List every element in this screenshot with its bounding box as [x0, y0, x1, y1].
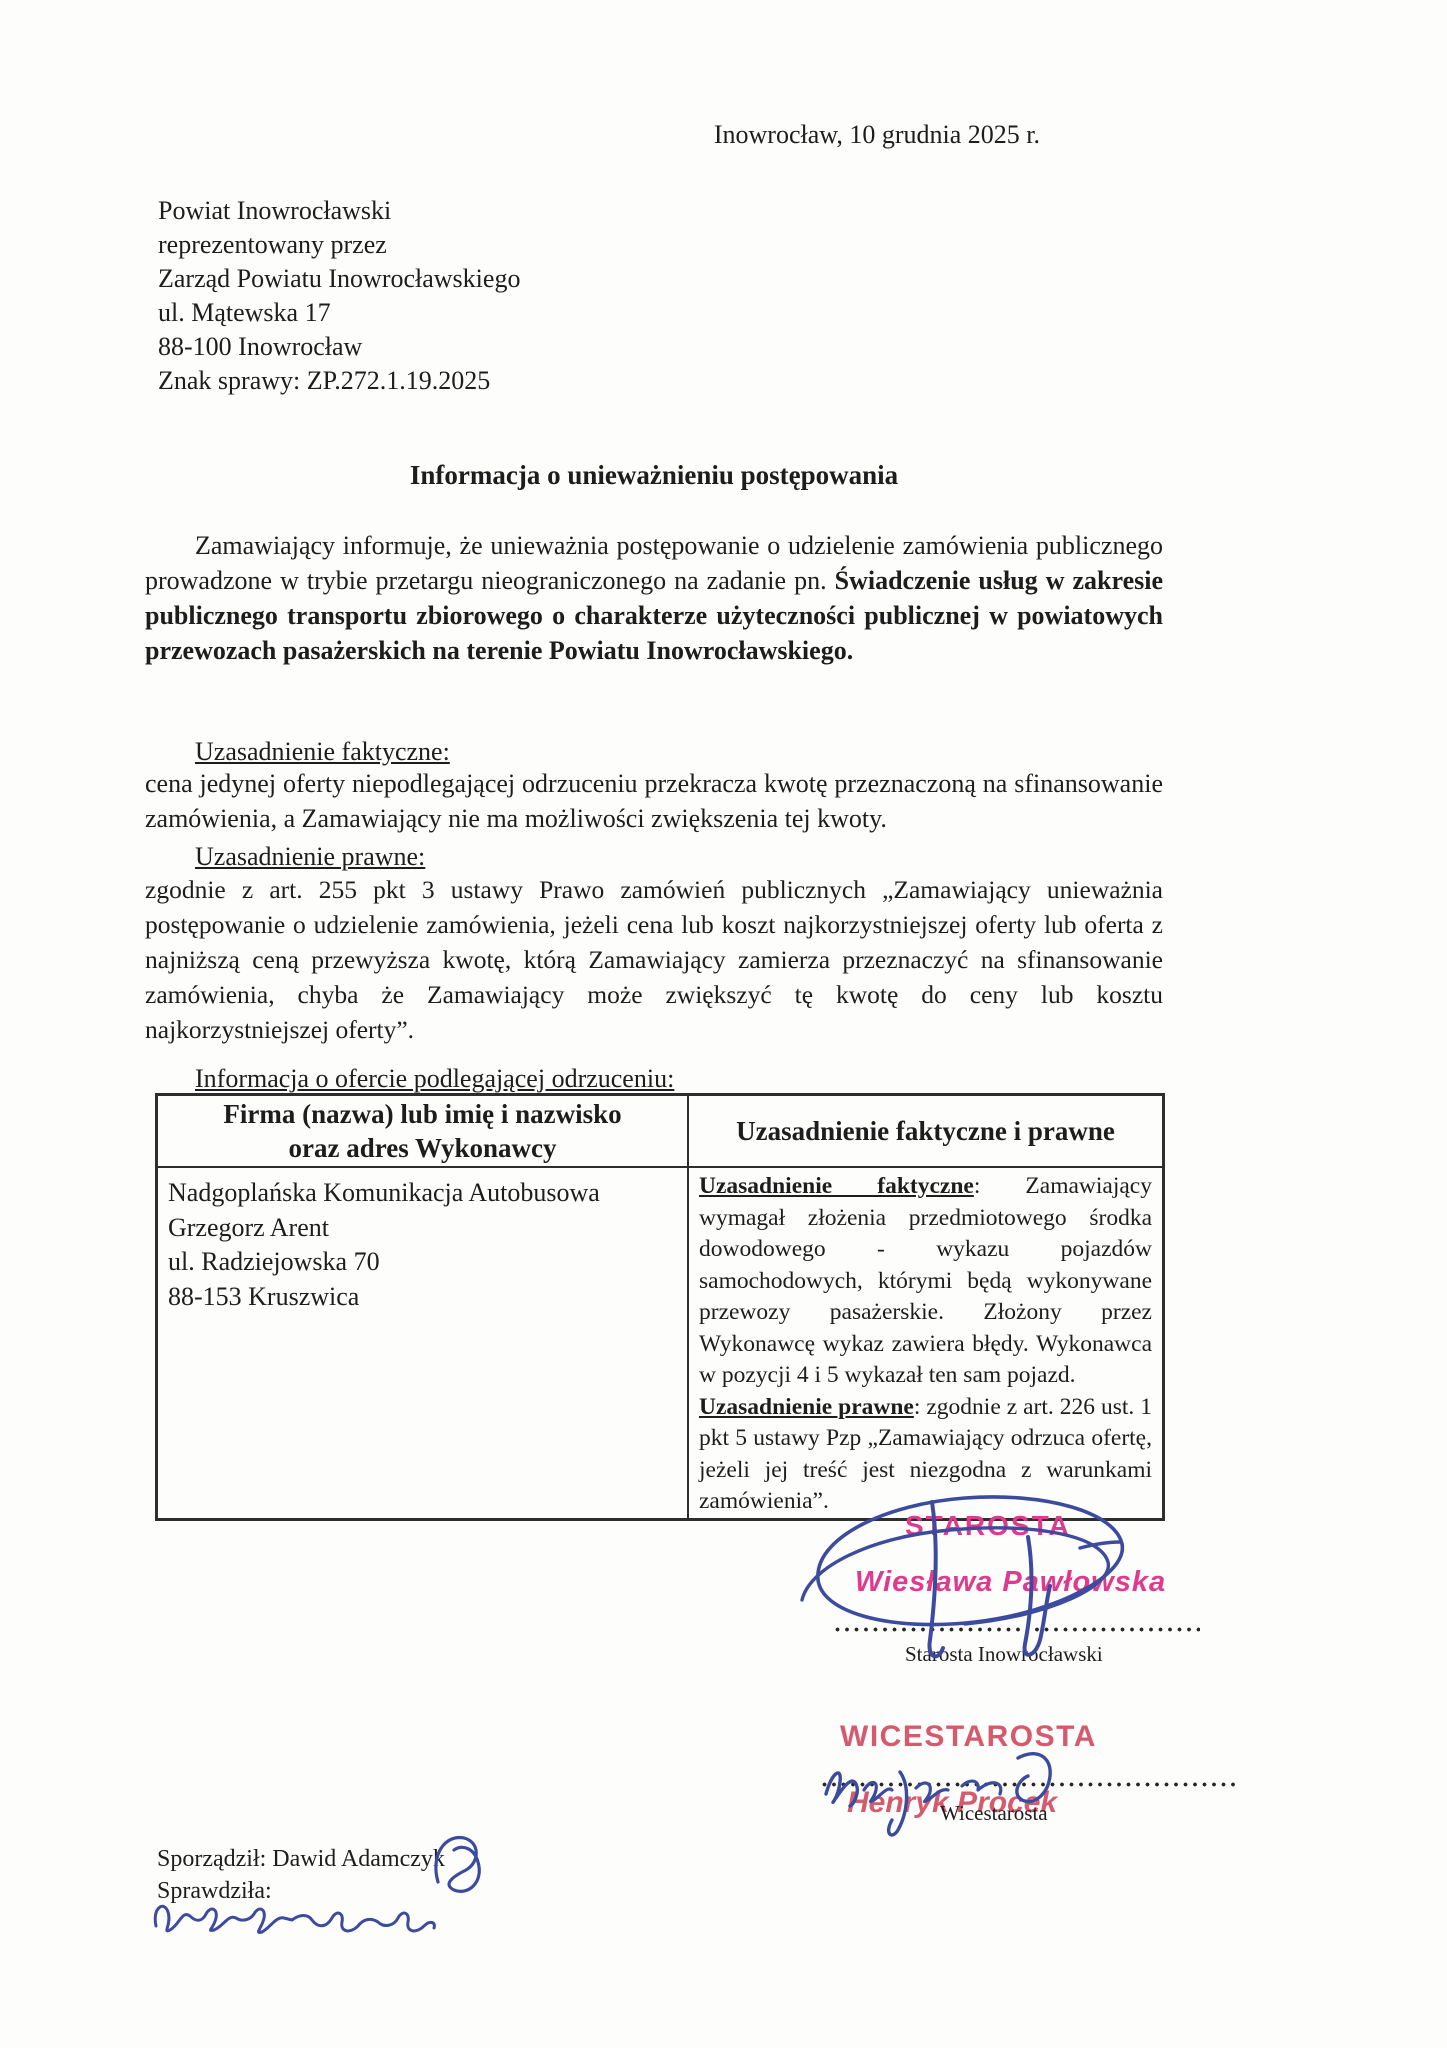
- legal-justification-text: zgodnie z art. 255 pkt 3 ustawy Prawo za…: [145, 872, 1163, 1047]
- wicestarosta-signature-ink: [812, 1742, 1072, 1842]
- contractor-street: ul. Radziejowska 70: [168, 1245, 679, 1280]
- contractor-owner: Grzegorz Arent: [168, 1211, 679, 1246]
- starosta-signature-ink: [790, 1482, 1140, 1672]
- sender-block: Powiat Inowrocławski reprezentowany prze…: [158, 194, 520, 398]
- justification-factual-label: Uzasadnienie faktyczne: [699, 1173, 974, 1199]
- sender-line-case-number: Znak sprawy: ZP.272.1.19.2025: [158, 364, 520, 398]
- sender-line-represented-by: reprezentowany przez: [158, 228, 520, 262]
- table-header-contractor: Firma (nazwa) lub imię i nazwisko oraz a…: [157, 1095, 689, 1168]
- checked-by-signature-ink: [150, 1892, 440, 1940]
- prepared-by-initials-ink: [424, 1828, 492, 1900]
- table-header-justification: Uzasadnienie faktyczne i prawne: [688, 1095, 1164, 1168]
- table-header-contractor-line1: Firma (nazwa) lub imię i nazwisko: [164, 1097, 681, 1131]
- factual-justification-heading: Uzasadnienie faktyczne:: [195, 737, 450, 767]
- justification-cell: Uzasadnienie faktyczne: Zamawiający wyma…: [688, 1167, 1164, 1519]
- justification-factual-text: : Zamawiający wymagał złożenia przedmiot…: [699, 1173, 1152, 1388]
- intro-paragraph: Zamawiający informuje, że unieważnia pos…: [145, 528, 1163, 668]
- rejected-offer-intro: Informacja o ofercie podlegającej odrzuc…: [195, 1064, 674, 1094]
- contractor-name: Nadgoplańska Komunikacja Autobusowa: [168, 1176, 679, 1211]
- justification-factual: Uzasadnienie faktyczne: Zamawiający wyma…: [699, 1171, 1152, 1392]
- document-page: Inowrocław, 10 grudnia 2025 r. Powiat In…: [0, 0, 1447, 2048]
- table-header-row: Firma (nazwa) lub imię i nazwisko oraz a…: [157, 1095, 1164, 1168]
- prepared-by-line: Sporządził: Dawid Adamczyk: [157, 1846, 445, 1873]
- legal-justification-heading: Uzasadnienie prawne:: [195, 842, 425, 872]
- factual-justification-text: cena jedynej oferty niepodlegającej odrz…: [145, 766, 1163, 836]
- page-title: Informacja o unieważnieniu postępowania: [145, 460, 1163, 491]
- sender-line-city: 88-100 Inowrocław: [158, 330, 520, 364]
- contractor-city: 88-153 Kruszwica: [168, 1280, 679, 1315]
- sender-line-street: ul. Mątewska 17: [158, 296, 520, 330]
- rejected-offer-table: Firma (nazwa) lub imię i nazwisko oraz a…: [155, 1093, 1165, 1521]
- table-header-contractor-line2: oraz adres Wykonawcy: [164, 1131, 681, 1165]
- contractor-cell: Nadgoplańska Komunikacja Autobusowa Grze…: [157, 1167, 689, 1519]
- table-row: Nadgoplańska Komunikacja Autobusowa Grze…: [157, 1167, 1164, 1519]
- date-line: Inowrocław, 10 grudnia 2025 r.: [700, 120, 1040, 150]
- sender-line-organization: Powiat Inowrocławski: [158, 194, 520, 228]
- sender-line-board: Zarząd Powiatu Inowrocławskiego: [158, 262, 520, 296]
- justification-legal-label: Uzasadnienie prawne: [699, 1394, 914, 1420]
